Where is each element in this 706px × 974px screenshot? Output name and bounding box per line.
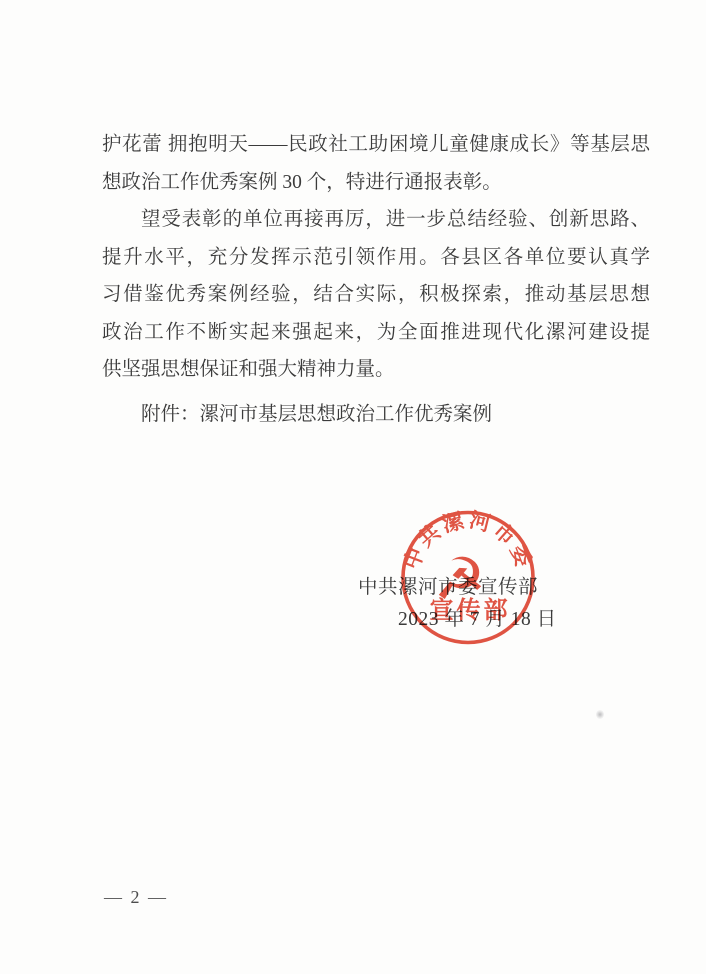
page-number: — 2 — xyxy=(104,886,168,908)
body-line: 望受表彰的单位再接再厉，进一步总结经验、创新思路、 xyxy=(102,201,650,239)
body-text: 护花蕾 拥抱明天——民政社工助困境儿童健康成长》等基层思 想政治工作优秀案例 3… xyxy=(102,126,650,389)
scan-artifact xyxy=(596,710,604,719)
body-line: 想政治工作优秀案例 30 个，特进行通报表彰。 xyxy=(102,164,650,202)
body-line: 护花蕾 拥抱明天——民政社工助困境儿童健康成长》等基层思 xyxy=(102,126,650,164)
official-seal: 中共漯河市委 ☭ 宣传部 xyxy=(396,505,541,650)
body-line: 政治工作不断实起来强起来，为全面推进现代化漯河建设提 xyxy=(102,314,650,352)
attachment-line: 附件：漯河市基层思想政治工作优秀案例 xyxy=(102,396,650,434)
body-line: 供坚强思想保证和强大精神力量。 xyxy=(102,351,650,389)
document-page: 护花蕾 拥抱明天——民政社工助困境儿童健康成长》等基层思 想政治工作优秀案例 3… xyxy=(0,0,706,974)
body-line: 提升水平，充分发挥示范引领作用。各县区各单位要认真学 xyxy=(102,239,650,277)
body-line: 习借鉴优秀案例经验，结合实际，积极探索，推动基层思想 xyxy=(102,276,650,314)
seal-bottom-text: 宣传部 xyxy=(430,596,511,624)
